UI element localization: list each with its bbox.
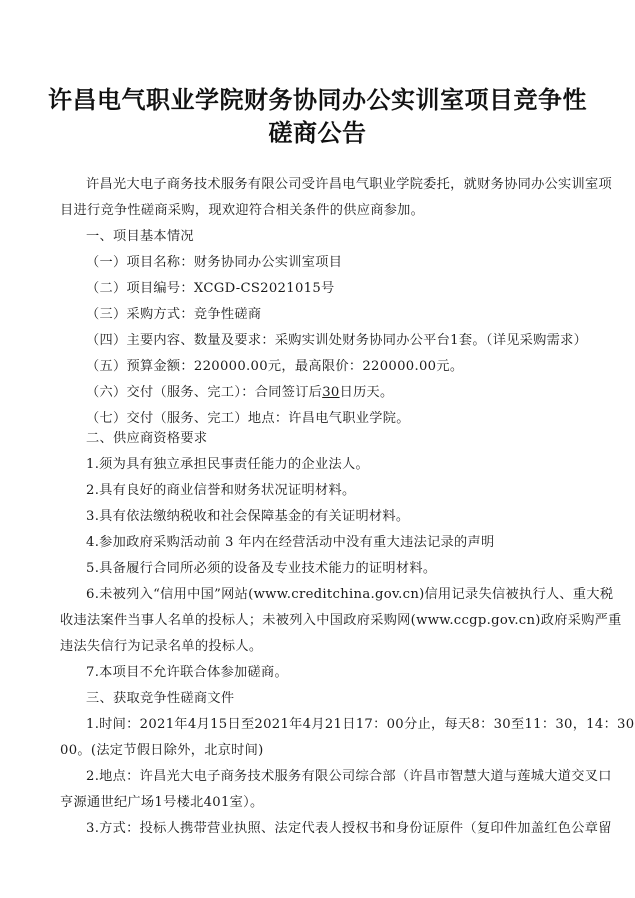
section1-item: （七）交付（服务、完工）地点：许昌电气职业学院。 xyxy=(86,410,410,428)
section1-item: （五）预算金额：220000.00元，最高限价：220000.00元。 xyxy=(86,358,463,376)
section1-item-delivery-time: （六）交付（服务、完工）：合同签订后30日历天。 xyxy=(86,384,394,402)
document-title-line2: 磋商公告 xyxy=(0,113,635,148)
section2-item: 4.参加政府采购活动前 3 年内在经营活动中没有重大违法记录的声明 xyxy=(86,534,495,552)
section2-item6-line2: 收违法案件当事人名单的投标人；未被列入中国政府采购网(www.ccgp.gov.… xyxy=(60,612,622,630)
section3-item1-line2: 00。(法定节假日除外，北京时间) xyxy=(60,742,264,760)
delivery-time-suffix: 日历天。 xyxy=(340,385,394,400)
intro-paragraph-line2: 目进行竞争性磋商采购，现欢迎符合相关条件的供应商参加。 xyxy=(60,202,424,220)
section3-item2-line2: 亨源通世纪广场1号楼北401室）。 xyxy=(60,794,264,812)
section3-item1-line1: 1.时间：2021年4月15日至2021年4月21日17：00分止，每天8：30… xyxy=(86,716,635,734)
section1-heading: 一、项目基本情况 xyxy=(86,228,194,246)
section1-item: （二）项目编号：XCGD-CS2021015号 xyxy=(86,280,335,298)
section2-item: 5.具备履行合同所必须的设备及专业技术能力的证明材料。 xyxy=(86,560,436,578)
section2-item: 7.本项目不允许联合体参加磋商。 xyxy=(86,664,288,682)
section2-item: 2.具有良好的商业信誉和财务状况证明材料。 xyxy=(86,482,355,500)
section1-item: （一）项目名称：财务协同办公实训室项目 xyxy=(86,254,342,272)
document-title-line1: 许昌电气职业学院财务协同办公实训室项目竞争性 xyxy=(0,80,635,115)
section2-item: 1.须为具有独立承担民事责任能力的企业法人。 xyxy=(86,456,369,474)
section2-item: 3.具有依法缴纳税收和社会保障基金的有关证明材料。 xyxy=(86,508,409,526)
section3-heading: 三、获取竞争性磋商文件 xyxy=(86,690,234,708)
section1-item: （三）采购方式：竞争性磋商 xyxy=(86,306,261,324)
section2-item6-line1: 6.未被列入“信用中国”网站(www.creditchina.gov.cn)信用… xyxy=(86,586,613,604)
section1-item: （四）主要内容、数量及要求：采购实训处财务协同办公平台1套。（详见采购需求） xyxy=(86,332,587,350)
delivery-time-prefix: （六）交付（服务、完工）：合同签订后 xyxy=(86,385,322,400)
intro-paragraph-line1: 许昌光大电子商务技术服务有限公司受许昌电气职业学院委托，就财务协同办公实训室项 xyxy=(86,176,612,194)
section2-item6-line3: 违法失信行为记录名单的投标人。 xyxy=(60,638,262,656)
section2-heading: 二、供应商资格要求 xyxy=(86,430,207,448)
section3-item3-line1: 3.方式：投标人携带营业执照、法定代表人授权书和身份证原件（复印件加盖红色公章留 xyxy=(86,820,612,838)
section3-item2-line1: 2.地点：许昌光大电子商务技术服务有限公司综合部（许昌市智慧大道与莲城大道交叉口 xyxy=(86,768,612,786)
delivery-days: 30 xyxy=(322,385,339,400)
